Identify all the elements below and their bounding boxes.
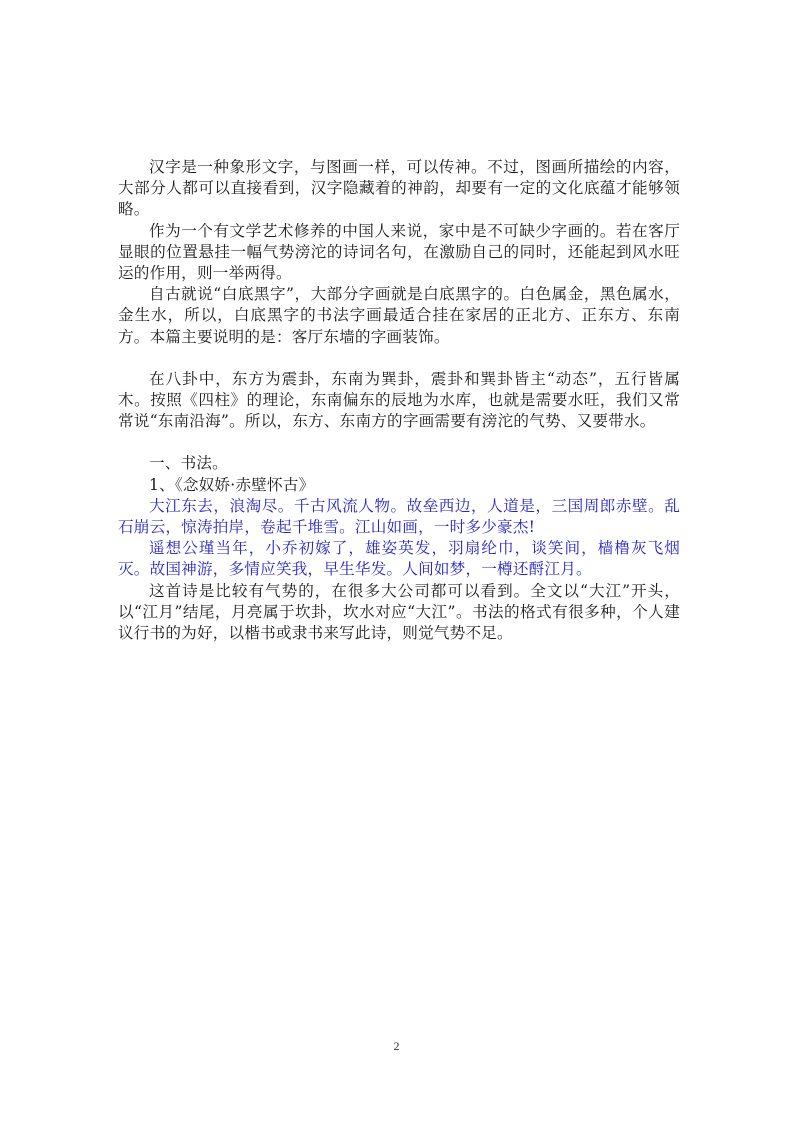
page-number: 2	[0, 1039, 793, 1054]
section-heading: 一、书法。	[118, 453, 680, 474]
paragraph-white-black: 自古就说“白底黑字”，大部分字画就是白底黑字的。白色属金，黑色属水，金生水，所以…	[118, 284, 680, 348]
paragraph-bagua: 在八卦中，东方为震卦，东南为巽卦，震卦和巽卦皆主“动态”，五行皆属木。按照《四柱…	[118, 369, 680, 433]
poem-stanza-1: 大江东去，浪淘尽。千古风流人物。故垒西边，人道是，三国周郎赤壁。乱石崩云，惊涛拍…	[118, 496, 680, 538]
poem-stanza-2: 遥想公瑾当年，小乔初嫁了，雄姿英发，羽扇纶巾，谈笑间，樯橹灰飞烟灭。故国神游，多…	[118, 538, 680, 580]
paragraph-calligraphy-home: 作为一个有文学艺术修养的中国人来说，家中是不可缺少字画的。若在客厅显眼的位置悬挂…	[118, 221, 680, 285]
paragraph-commentary: 这首诗是比较有气势的，在很多大公司都可以看到。全文以“大江”开头，以“江月”结尾…	[118, 581, 680, 645]
spacer	[118, 348, 680, 369]
spacer	[118, 432, 680, 453]
paragraph-intro: 汉字是一种象形文字，与图画一样，可以传神。不过，图画所描绘的内容，大部分人都可以…	[118, 157, 680, 221]
poem-title: 1、《念奴娇·赤壁怀古》	[118, 475, 680, 496]
document-page: 汉字是一种象形文字，与图画一样，可以传神。不过，图画所描绘的内容，大部分人都可以…	[118, 157, 680, 644]
